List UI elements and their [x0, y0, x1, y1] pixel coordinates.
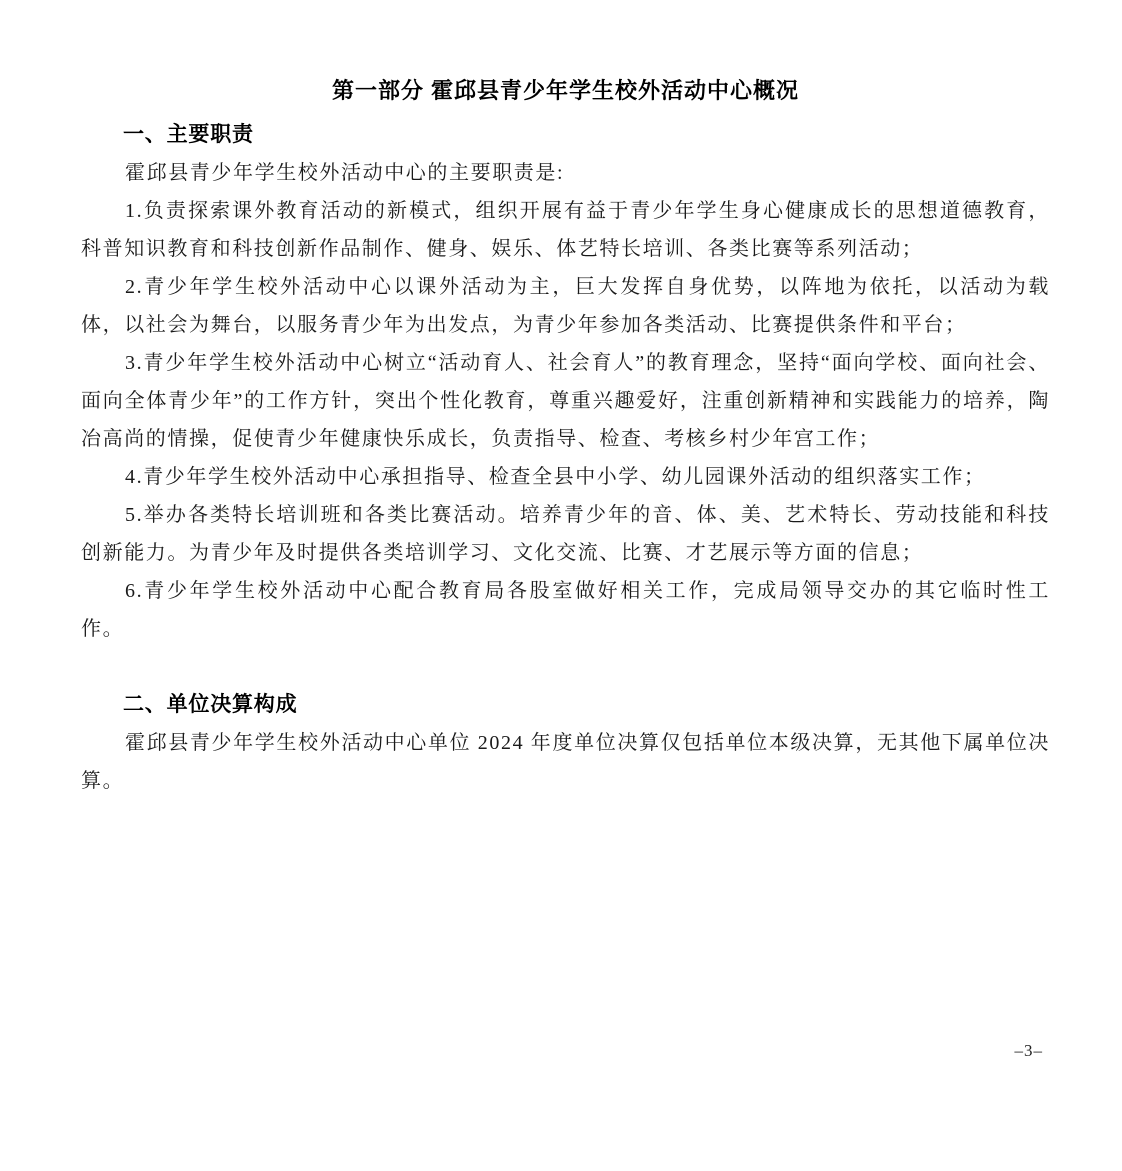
- section-1-heading: 一、主要职责: [81, 116, 1050, 154]
- section-1-duty-3-paragraph: 3.青少年学生校外活动中心树立“活动育人、社会育人”的教育理念，坚持“面向学校、…: [81, 344, 1050, 458]
- section-2-heading: 二、单位决算构成: [81, 686, 1050, 724]
- page-number: –3–: [1015, 1041, 1044, 1061]
- section-1-duty-2-paragraph: 2.青少年学生校外活动中心以课外活动为主，巨大发挥自身优势，以阵地为依托，以活动…: [81, 268, 1050, 344]
- section-1-duty-1-paragraph: 1.负责探索课外教育活动的新模式，组织开展有益于青少年学生身心健康成长的思想道德…: [81, 192, 1050, 268]
- section-2-paragraph: 霍邱县青少年学生校外活动中心单位 2024 年度单位决算仅包括单位本级决算，无其…: [81, 724, 1050, 800]
- document-content: 第一部分 霍邱县青少年学生校外活动中心概况 一、主要职责 霍邱县青少年学生校外活…: [81, 0, 1050, 800]
- section-1-duty-6-paragraph: 6.青少年学生校外活动中心配合教育局各股室做好相关工作，完成局领导交办的其它临时…: [81, 572, 1050, 648]
- document-page: 第一部分 霍邱县青少年学生校外活动中心概况 一、主要职责 霍邱县青少年学生校外活…: [0, 0, 1122, 1171]
- document-title: 第一部分 霍邱县青少年学生校外活动中心概况: [81, 79, 1050, 102]
- section-1-duty-4-paragraph: 4.青少年学生校外活动中心承担指导、检查全县中小学、幼儿园课外活动的组织落实工作…: [81, 458, 1050, 496]
- section-1-intro-paragraph: 霍邱县青少年学生校外活动中心的主要职责是:: [81, 154, 1050, 192]
- section-1-duty-5-paragraph: 5.举办各类特长培训班和各类比赛活动。培养青少年的音、体、美、艺术特长、劳动技能…: [81, 496, 1050, 572]
